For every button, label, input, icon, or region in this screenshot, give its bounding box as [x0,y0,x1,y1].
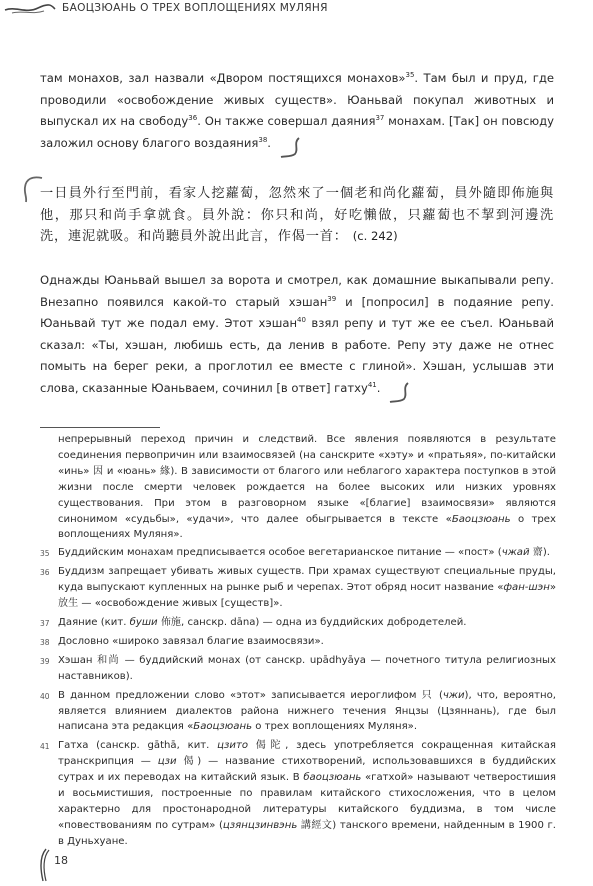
text: . Он также совершал даяния [197,114,375,128]
italic-text: Баоцзюань [193,721,252,732]
page-reference: (с. 242) [353,229,398,243]
italic-text: цзито [217,740,248,751]
footnote-number: 40 [40,689,50,705]
text: В данном предложении слово «этот» записы… [58,690,443,701]
closing-swash-icon [279,137,305,159]
footnote-number: 41 [40,739,50,755]
text: там монахов, зал назвали «Двором постящи… [40,71,406,85]
footnote-38: 38 Дословно «широко завязал благие взаим… [40,634,556,650]
text: Буддизм запрещает убивать живых существ.… [58,566,556,593]
text: непрерывный переход причин и следствий. … [58,434,556,525]
page-number: 18 [54,854,68,867]
chinese-quote: 一日員外行至門前，看家人挖蘿蔔，忽然來了一個老和尚化蘿蔔，員外隨即佈施與他，那只… [40,183,554,248]
text: Гатха (санскр. gāthā, кит. [58,740,217,751]
footnote-divider [40,427,160,428]
running-title: БАОЦЗЮАНЬ О ТРЕХ ВОПЛОЩЕНИЯХ МУЛЯНЯ [62,2,328,14]
footnote-ref-39[interactable]: 39 [327,295,336,303]
italic-text: чжай [502,547,530,558]
page-footer: 18 [38,848,98,882]
footnote-number: 38 [40,635,50,651]
italic-text: Баоцзюань [452,514,511,525]
paragraph-translation: Однажды Юаньвай вышел за ворота и смотре… [40,270,554,404]
footnote-continued: непрерывный переход причин и следствий. … [40,432,556,543]
italic-text: буши [130,617,158,628]
text: . [377,381,381,395]
italic-text: чжи [443,690,465,701]
text: Даяние (кит. [58,617,130,628]
text: Буддийским монахам предписывается особое… [58,547,502,558]
closing-swash-icon [388,382,414,404]
chinese-text: 一日員外行至門前，看家人挖蘿蔔，忽然來了一個老和尚化蘿蔔，員外隨即佈施與他，那只… [40,186,554,244]
swash-ornament-icon [4,2,56,16]
footnote-number: 37 [40,616,50,632]
footnote-ref-36[interactable]: 36 [188,114,197,122]
footnote-number: 39 [40,654,50,670]
paragraph-1: там монахов, зал назвали «Двором постящи… [40,68,554,159]
italic-text: баоцзюань [303,772,361,783]
footnote-37: 37 Даяние (кит. буши 佈施, санскр. dāna) —… [40,615,556,631]
text: Хэшан 和尚 — буддийский монах (от санскр. … [58,655,556,682]
italic-text: фан-шэн [503,582,549,593]
footnotes: непрерывный переход причин и следствий. … [40,432,556,853]
footnote-ref-41[interactable]: 41 [368,381,377,389]
footnote-36: 36 Буддизм запрещает убивать живых сущес… [40,564,556,612]
italic-text: цзянцзинвэнь [223,820,297,831]
italic-text: цзи [158,756,177,767]
text: Дословно «широко завязал благие взаимосв… [58,636,324,647]
text: 齋). [530,547,550,558]
footnote-35: 35 Буддийским монахам предписывается осо… [40,545,556,561]
footnote-number: 35 [40,546,50,562]
footnote-ref-40[interactable]: 40 [297,316,306,324]
footnote-40: 40 В данном предложении слово «этот» зап… [40,688,556,736]
text: о трех воплощениях Муляня». [252,721,417,732]
footnote-39: 39 Хэшан 和尚 — буддийский монах (от санск… [40,653,556,685]
footnote-ref-38[interactable]: 38 [258,136,267,144]
footnote-number: 36 [40,565,50,581]
footer-swash-icon [38,848,50,882]
text: . [267,136,271,150]
footnote-41: 41 Гатха (санскр. gāthā, кит. цзито 偈陀, … [40,738,556,849]
text: 佈施, санскр. dāna) — одна из буддийских д… [158,617,467,628]
running-header: БАОЦЗЮАНЬ О ТРЕХ ВОПЛОЩЕНИЯХ МУЛЯНЯ [0,0,593,22]
